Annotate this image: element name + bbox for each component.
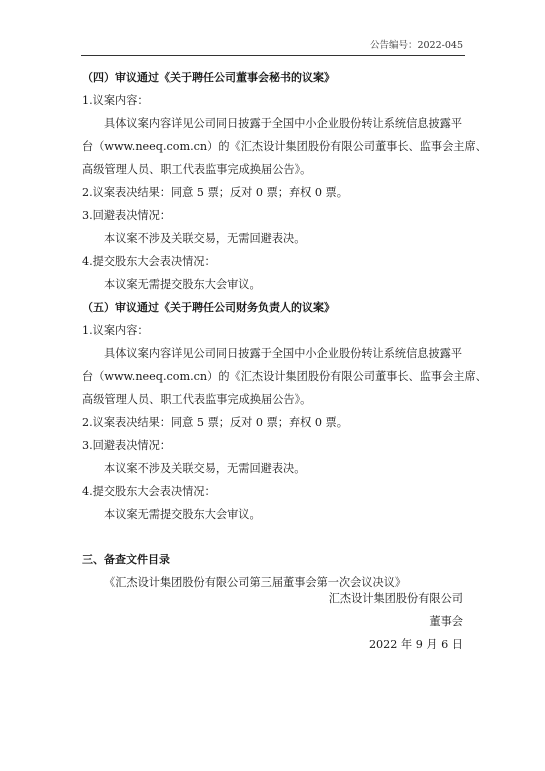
motion-item-5: （五）审议通过《关于聘任公司财务负责人的议案》 1.议案内容： 具体议案内容详见… — [82, 296, 464, 526]
submit-text: 本议案无需提交股东大会审议。 — [82, 273, 464, 296]
section-title: 三、备查文件目录 — [82, 548, 464, 571]
signature-company: 汇杰设计集团股份有限公司 — [329, 590, 463, 606]
reference-section: 三、备查文件目录 《汇杰设计集团股份有限公司第三届董事会第一次会议决议》 — [82, 548, 464, 594]
content-line: 台（www.neeq.com.cn）的《汇杰设计集团股份有限公司董事长、监事会主… — [82, 135, 464, 158]
header-rule — [81, 55, 465, 56]
submit-label: 4.提交股东大会表决情况： — [82, 480, 464, 503]
content-line: 高级管理人员、职工代表监事完成换届公告》。 — [82, 158, 464, 181]
submit-text: 本议案无需提交股东大会审议。 — [82, 503, 464, 526]
avoid-label: 3.回避表决情况： — [82, 204, 464, 227]
signature-date: 2022 年 9 月 6 日 — [369, 636, 463, 652]
announcement-id: 公告编号：2022-045 — [370, 37, 463, 51]
avoid-text: 本议案不涉及关联交易，无需回避表决。 — [82, 227, 464, 250]
vote-result: 2.议案表决结果：同意 5 票；反对 0 票；弃权 0 票。 — [82, 411, 464, 434]
content-line: 具体议案内容详见公司同日披露于全国中小企业股份转让系统信息披露平 — [82, 112, 464, 135]
signature-board: 董事会 — [429, 613, 463, 629]
motion-title: （五）审议通过《关于聘任公司财务负责人的议案》 — [82, 296, 464, 319]
avoid-label: 3.回避表决情况： — [82, 434, 464, 457]
avoid-text: 本议案不涉及关联交易，无需回避表决。 — [82, 457, 464, 480]
content-line: 台（www.neeq.com.cn）的《汇杰设计集团股份有限公司董事长、监事会主… — [82, 365, 464, 388]
vote-result: 2.议案表决结果：同意 5 票；反对 0 票；弃权 0 票。 — [82, 181, 464, 204]
document-body: （四）审议通过《关于聘任公司董事会秘书的议案》 1.议案内容： 具体议案内容详见… — [82, 66, 464, 594]
motion-title: （四）审议通过《关于聘任公司董事会秘书的议案》 — [82, 66, 464, 89]
submit-label: 4.提交股东大会表决情况： — [82, 250, 464, 273]
motion-item-4: （四）审议通过《关于聘任公司董事会秘书的议案》 1.议案内容： 具体议案内容详见… — [82, 66, 464, 296]
content-line: 高级管理人员、职工代表监事完成换届公告》。 — [82, 388, 464, 411]
content-line: 具体议案内容详见公司同日披露于全国中小企业股份转让系统信息披露平 — [82, 342, 464, 365]
content-label: 1.议案内容： — [82, 89, 464, 112]
content-label: 1.议案内容： — [82, 319, 464, 342]
